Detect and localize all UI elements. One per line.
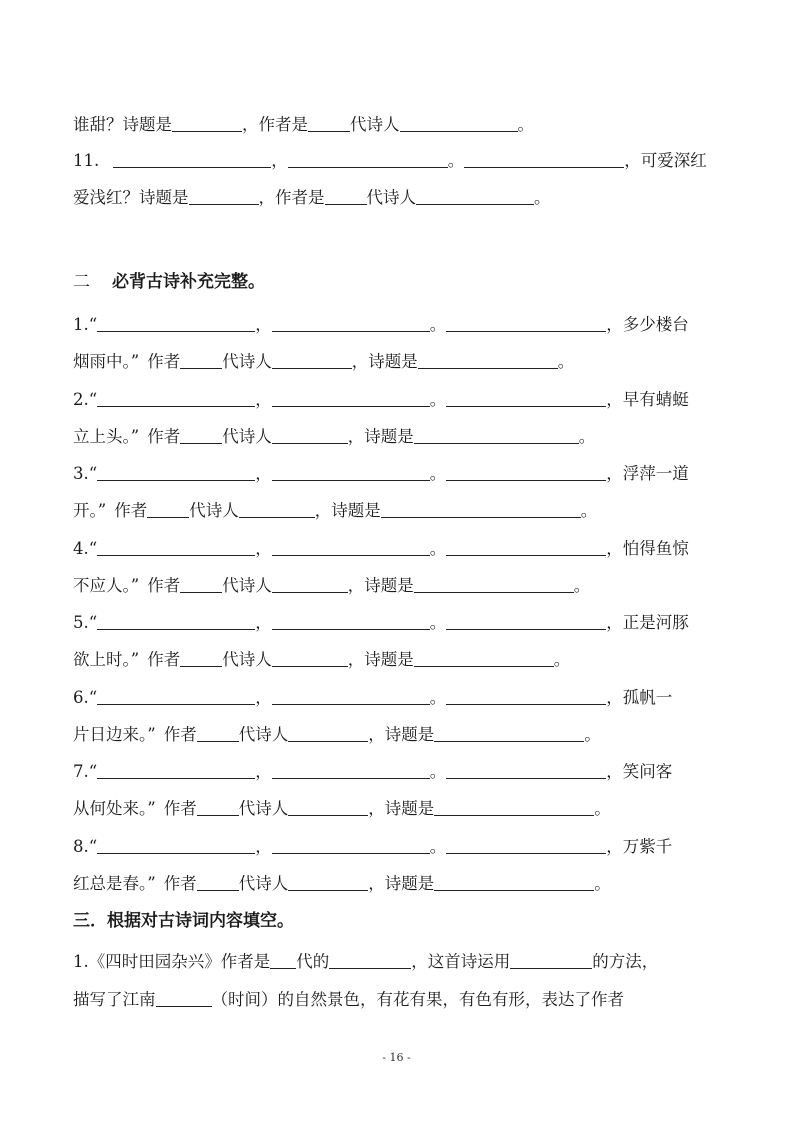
text: ，作者是 xyxy=(259,188,325,207)
blank-verse-1[interactable] xyxy=(113,149,271,168)
q11-continuation: 爱浅红？诗题是，作者是代诗人。 xyxy=(73,186,723,210)
text: 1.《四时田园杂兴》作者是 xyxy=(73,952,270,971)
text: 。 xyxy=(594,874,611,893)
s2-item-3-info-line: 开。”作者代诗人，诗题是。 xyxy=(73,499,723,523)
blank-era[interactable] xyxy=(180,350,222,369)
q11-line: 11.，。，可爱深红 xyxy=(73,149,723,173)
text: 代诗人 xyxy=(222,650,272,669)
blank-verse-1[interactable] xyxy=(97,462,255,481)
text: （时间）的自然景色，有花有果，有色有形，表达了作者 xyxy=(212,990,625,1009)
blank-verse-3[interactable] xyxy=(446,462,606,481)
text: 。 xyxy=(430,762,447,781)
text: ， xyxy=(255,613,272,632)
text: 代诗人 xyxy=(239,725,289,744)
page-number: - 16 - xyxy=(0,1051,793,1064)
blank-title[interactable] xyxy=(434,797,594,816)
verse-tail: 浮萍一道 xyxy=(623,464,689,483)
text: 作者 xyxy=(147,650,180,669)
blank-verse-2[interactable] xyxy=(272,537,430,556)
text: ，作者是 xyxy=(242,115,308,134)
blank-verse-3[interactable] xyxy=(446,686,606,705)
text: 代诗人 xyxy=(222,352,272,371)
blank-era[interactable] xyxy=(325,186,367,205)
text: 作者 xyxy=(147,427,180,446)
s3-q1-line2: 描写了江南（时间）的自然景色，有花有果，有色有形，表达了作者 xyxy=(73,988,723,1012)
blank-verse-2[interactable] xyxy=(272,462,430,481)
s2-item-2-info-line: 立上头。”作者代诗人，诗题是。 xyxy=(73,425,723,449)
text: 。 xyxy=(558,352,575,371)
blank-era[interactable] xyxy=(147,499,189,518)
blank-era[interactable] xyxy=(197,797,239,816)
s2-item-4-verse-line: 4.“，。，怕得鱼惊 xyxy=(73,537,723,561)
verse-end: 红总是春。” xyxy=(73,874,156,893)
text: ，这首诗运用 xyxy=(411,952,510,971)
text: 作者 xyxy=(164,725,197,744)
open-quote: “ xyxy=(89,315,97,334)
section-number: 二 xyxy=(73,272,90,292)
open-quote: “ xyxy=(89,390,97,409)
blank-method[interactable] xyxy=(510,950,592,969)
blank-verse-2[interactable] xyxy=(272,760,430,779)
blank-verse-1[interactable] xyxy=(97,313,255,332)
verse-end: 片日边来。” xyxy=(73,725,156,744)
verse-end: 不应人。” xyxy=(73,576,139,595)
blank-verse-1[interactable] xyxy=(97,611,255,630)
text: 作者 xyxy=(164,874,197,893)
blank-poet[interactable] xyxy=(288,797,368,816)
verse-tail: 多少楼台 xyxy=(623,315,689,334)
blank-title[interactable] xyxy=(414,574,574,593)
text: 。 xyxy=(430,464,447,483)
blank-verse-1[interactable] xyxy=(97,686,255,705)
blank-verse-3[interactable] xyxy=(446,388,606,407)
blank-title[interactable] xyxy=(434,723,584,742)
item-number: 4. xyxy=(73,539,89,558)
text: 。 xyxy=(430,539,447,558)
open-quote: “ xyxy=(89,837,97,856)
text: 。 xyxy=(430,837,447,856)
item-number: 5. xyxy=(73,613,89,632)
text: 。 xyxy=(430,688,447,707)
blank-verse-2[interactable] xyxy=(288,149,448,168)
text: ， xyxy=(606,464,623,483)
verse-end: 从何处来。” xyxy=(73,799,156,818)
text: ， xyxy=(271,151,288,170)
blank-time[interactable] xyxy=(156,988,212,1007)
s2-item-6-verse-line: 6.“，。，孤帆一 xyxy=(73,686,723,710)
verse-tail: 孤帆一 xyxy=(623,688,673,707)
s2-item-7-info-line: 从何处来。”作者代诗人，诗题是。 xyxy=(73,797,723,821)
text: ，诗题是 xyxy=(315,501,381,520)
verse-tail: 怕得鱼惊 xyxy=(623,539,689,558)
item-number: 8. xyxy=(73,837,89,856)
text: 。 xyxy=(579,427,596,446)
s2-item-1-info-line: 烟雨中。”作者代诗人，诗题是。 xyxy=(73,350,723,374)
text: 描写了江南 xyxy=(73,990,156,1009)
text: 作者 xyxy=(164,799,197,818)
blank-era[interactable] xyxy=(197,872,239,891)
text: 作者 xyxy=(114,501,147,520)
blank-verse-3[interactable] xyxy=(446,611,606,630)
s2-item-8-verse-line: 8.“，。，万紫千 xyxy=(73,835,723,859)
open-quote: “ xyxy=(89,688,97,707)
s2-item-1-verse-line: 1.“，。，多少楼台 xyxy=(73,313,723,337)
blank-poet[interactable] xyxy=(288,872,368,891)
s2-item-8-info-line: 红总是春。”作者代诗人，诗题是。 xyxy=(73,872,723,896)
blank-poet[interactable] xyxy=(288,723,368,742)
blank-era[interactable] xyxy=(197,723,239,742)
text: 的方法， xyxy=(592,952,658,971)
text: ， xyxy=(606,390,623,409)
text: 。 xyxy=(430,613,447,632)
blank-title[interactable] xyxy=(414,425,579,444)
blank-poet[interactable] xyxy=(329,950,411,969)
text: 。 xyxy=(574,576,591,595)
blank-title[interactable] xyxy=(418,350,558,369)
s2-item-2-verse-line: 2.“，。，早有蜻蜓 xyxy=(73,388,723,412)
text: 代诗人 xyxy=(239,799,289,818)
blank-era[interactable] xyxy=(180,425,222,444)
verse-end: 烟雨中。” xyxy=(73,352,139,371)
s2-item-3-verse-line: 3.“，。，浮萍一道 xyxy=(73,462,723,486)
blank-era[interactable] xyxy=(180,574,222,593)
text: ，诗题是 xyxy=(348,427,414,446)
open-quote: “ xyxy=(89,613,97,632)
item-number: 11. xyxy=(73,151,99,170)
blank-era[interactable] xyxy=(180,648,222,667)
text: ， xyxy=(255,390,272,409)
text: ，诗题是 xyxy=(368,874,434,893)
text: ， xyxy=(255,837,272,856)
text: ，诗题是 xyxy=(348,650,414,669)
open-quote: “ xyxy=(89,464,97,483)
blank-verse-2[interactable] xyxy=(272,835,430,854)
text: 代诗人 xyxy=(367,188,417,207)
blank-title[interactable] xyxy=(434,872,594,891)
blank-verse-1[interactable] xyxy=(97,537,255,556)
text: 作者 xyxy=(147,576,180,595)
text: ，诗题是 xyxy=(348,576,414,595)
text: ， xyxy=(606,688,623,707)
text: 代诗人 xyxy=(222,427,272,446)
text: 代诗人 xyxy=(189,501,239,520)
blank-verse-2[interactable] xyxy=(272,611,430,630)
blank-title[interactable] xyxy=(381,499,581,518)
blank-poet[interactable] xyxy=(272,574,348,593)
s2-item-5-info-line: 欲上时。”作者代诗人，诗题是。 xyxy=(73,648,723,672)
blank-poet[interactable] xyxy=(272,648,348,667)
blank-verse-3[interactable] xyxy=(446,313,606,332)
s2-item-6-info-line: 片日边来。”作者代诗人，诗题是。 xyxy=(73,723,723,747)
q10-continuation: 谁甜？诗题是，作者是代诗人。 xyxy=(73,113,723,137)
text: 代诗人 xyxy=(239,874,289,893)
text: 。 xyxy=(518,115,535,134)
blank-verse-3[interactable] xyxy=(446,835,606,854)
verse-end: 立上头。” xyxy=(73,427,139,446)
blank-poet[interactable] xyxy=(239,499,315,518)
text: 。 xyxy=(534,188,551,207)
text: ， xyxy=(606,762,623,781)
verse-tail: 万紫千 xyxy=(623,837,673,856)
item-number: 3. xyxy=(73,464,89,483)
blank-verse-1[interactable] xyxy=(97,760,255,779)
s2-item-5-verse-line: 5.“，。，正是河豚 xyxy=(73,611,723,635)
open-quote: “ xyxy=(89,762,97,781)
s3-q1-line1: 1.《四时田园杂兴》作者是代的，这首诗运用的方法， xyxy=(73,950,723,974)
text: 爱浅红？诗题是 xyxy=(73,188,189,207)
text: 谁甜？诗题是 xyxy=(73,115,172,134)
blank-verse-3[interactable] xyxy=(446,537,606,556)
text: 。 xyxy=(430,390,447,409)
text: 。 xyxy=(554,650,571,669)
text: ， xyxy=(255,762,272,781)
blank-verse-2[interactable] xyxy=(272,313,430,332)
text: 。 xyxy=(584,725,601,744)
text: 作者 xyxy=(147,352,180,371)
blank-poet[interactable] xyxy=(272,350,352,369)
blank-era[interactable] xyxy=(308,113,350,132)
text: ， xyxy=(255,464,272,483)
section-2-heading: 二必背古诗补充完整。 xyxy=(73,270,723,294)
text: ， xyxy=(606,613,623,632)
text: ， xyxy=(606,837,623,856)
text: ，诗题是 xyxy=(368,799,434,818)
text: ，诗题是 xyxy=(368,725,434,744)
text: 代诗人 xyxy=(222,576,272,595)
text: ，诗题是 xyxy=(352,352,418,371)
text: 。 xyxy=(594,799,611,818)
blank-title[interactable] xyxy=(414,648,554,667)
blank-verse-3[interactable] xyxy=(464,149,624,168)
blank-poet[interactable] xyxy=(416,186,534,205)
blank-title[interactable] xyxy=(189,186,259,205)
blank-poet[interactable] xyxy=(400,113,518,132)
blank-verse-3[interactable] xyxy=(446,760,606,779)
verse-tail: 早有蜻蜓 xyxy=(623,390,689,409)
blank-verse-1[interactable] xyxy=(97,388,255,407)
text: 。 xyxy=(581,501,598,520)
s2-item-4-info-line: 不应人。”作者代诗人，诗题是。 xyxy=(73,574,723,598)
blank-verse-2[interactable] xyxy=(272,686,430,705)
text: ， xyxy=(624,151,641,170)
section-3-heading: 三．根据对古诗词内容填空。 xyxy=(73,909,723,933)
blank-title[interactable] xyxy=(172,113,242,132)
text: 。 xyxy=(430,315,447,334)
verse-end: 开。” xyxy=(73,501,106,520)
text: ， xyxy=(606,315,623,334)
s2-item-7-verse-line: 7.“，。，笑问客 xyxy=(73,760,723,784)
open-quote: “ xyxy=(89,539,97,558)
blank-poet[interactable] xyxy=(272,425,348,444)
item-number: 1. xyxy=(73,315,89,334)
blank-verse-1[interactable] xyxy=(97,835,255,854)
text: 可爱深红 xyxy=(641,151,707,170)
blank-verse-2[interactable] xyxy=(272,388,430,407)
text: 。 xyxy=(448,151,465,170)
verse-end: 欲上时。” xyxy=(73,650,139,669)
section-title: 必背古诗补充完整。 xyxy=(112,272,265,292)
verse-tail: 笑问客 xyxy=(623,762,673,781)
blank-era[interactable] xyxy=(270,950,296,969)
verse-tail: 正是河豚 xyxy=(623,613,689,632)
item-number: 7. xyxy=(73,762,89,781)
text: ， xyxy=(606,539,623,558)
item-number: 2. xyxy=(73,390,89,409)
item-number: 6. xyxy=(73,688,89,707)
text: ， xyxy=(255,688,272,707)
text: 代诗人 xyxy=(350,115,400,134)
text: ， xyxy=(255,539,272,558)
text: ， xyxy=(255,315,272,334)
text: 代的 xyxy=(296,952,329,971)
